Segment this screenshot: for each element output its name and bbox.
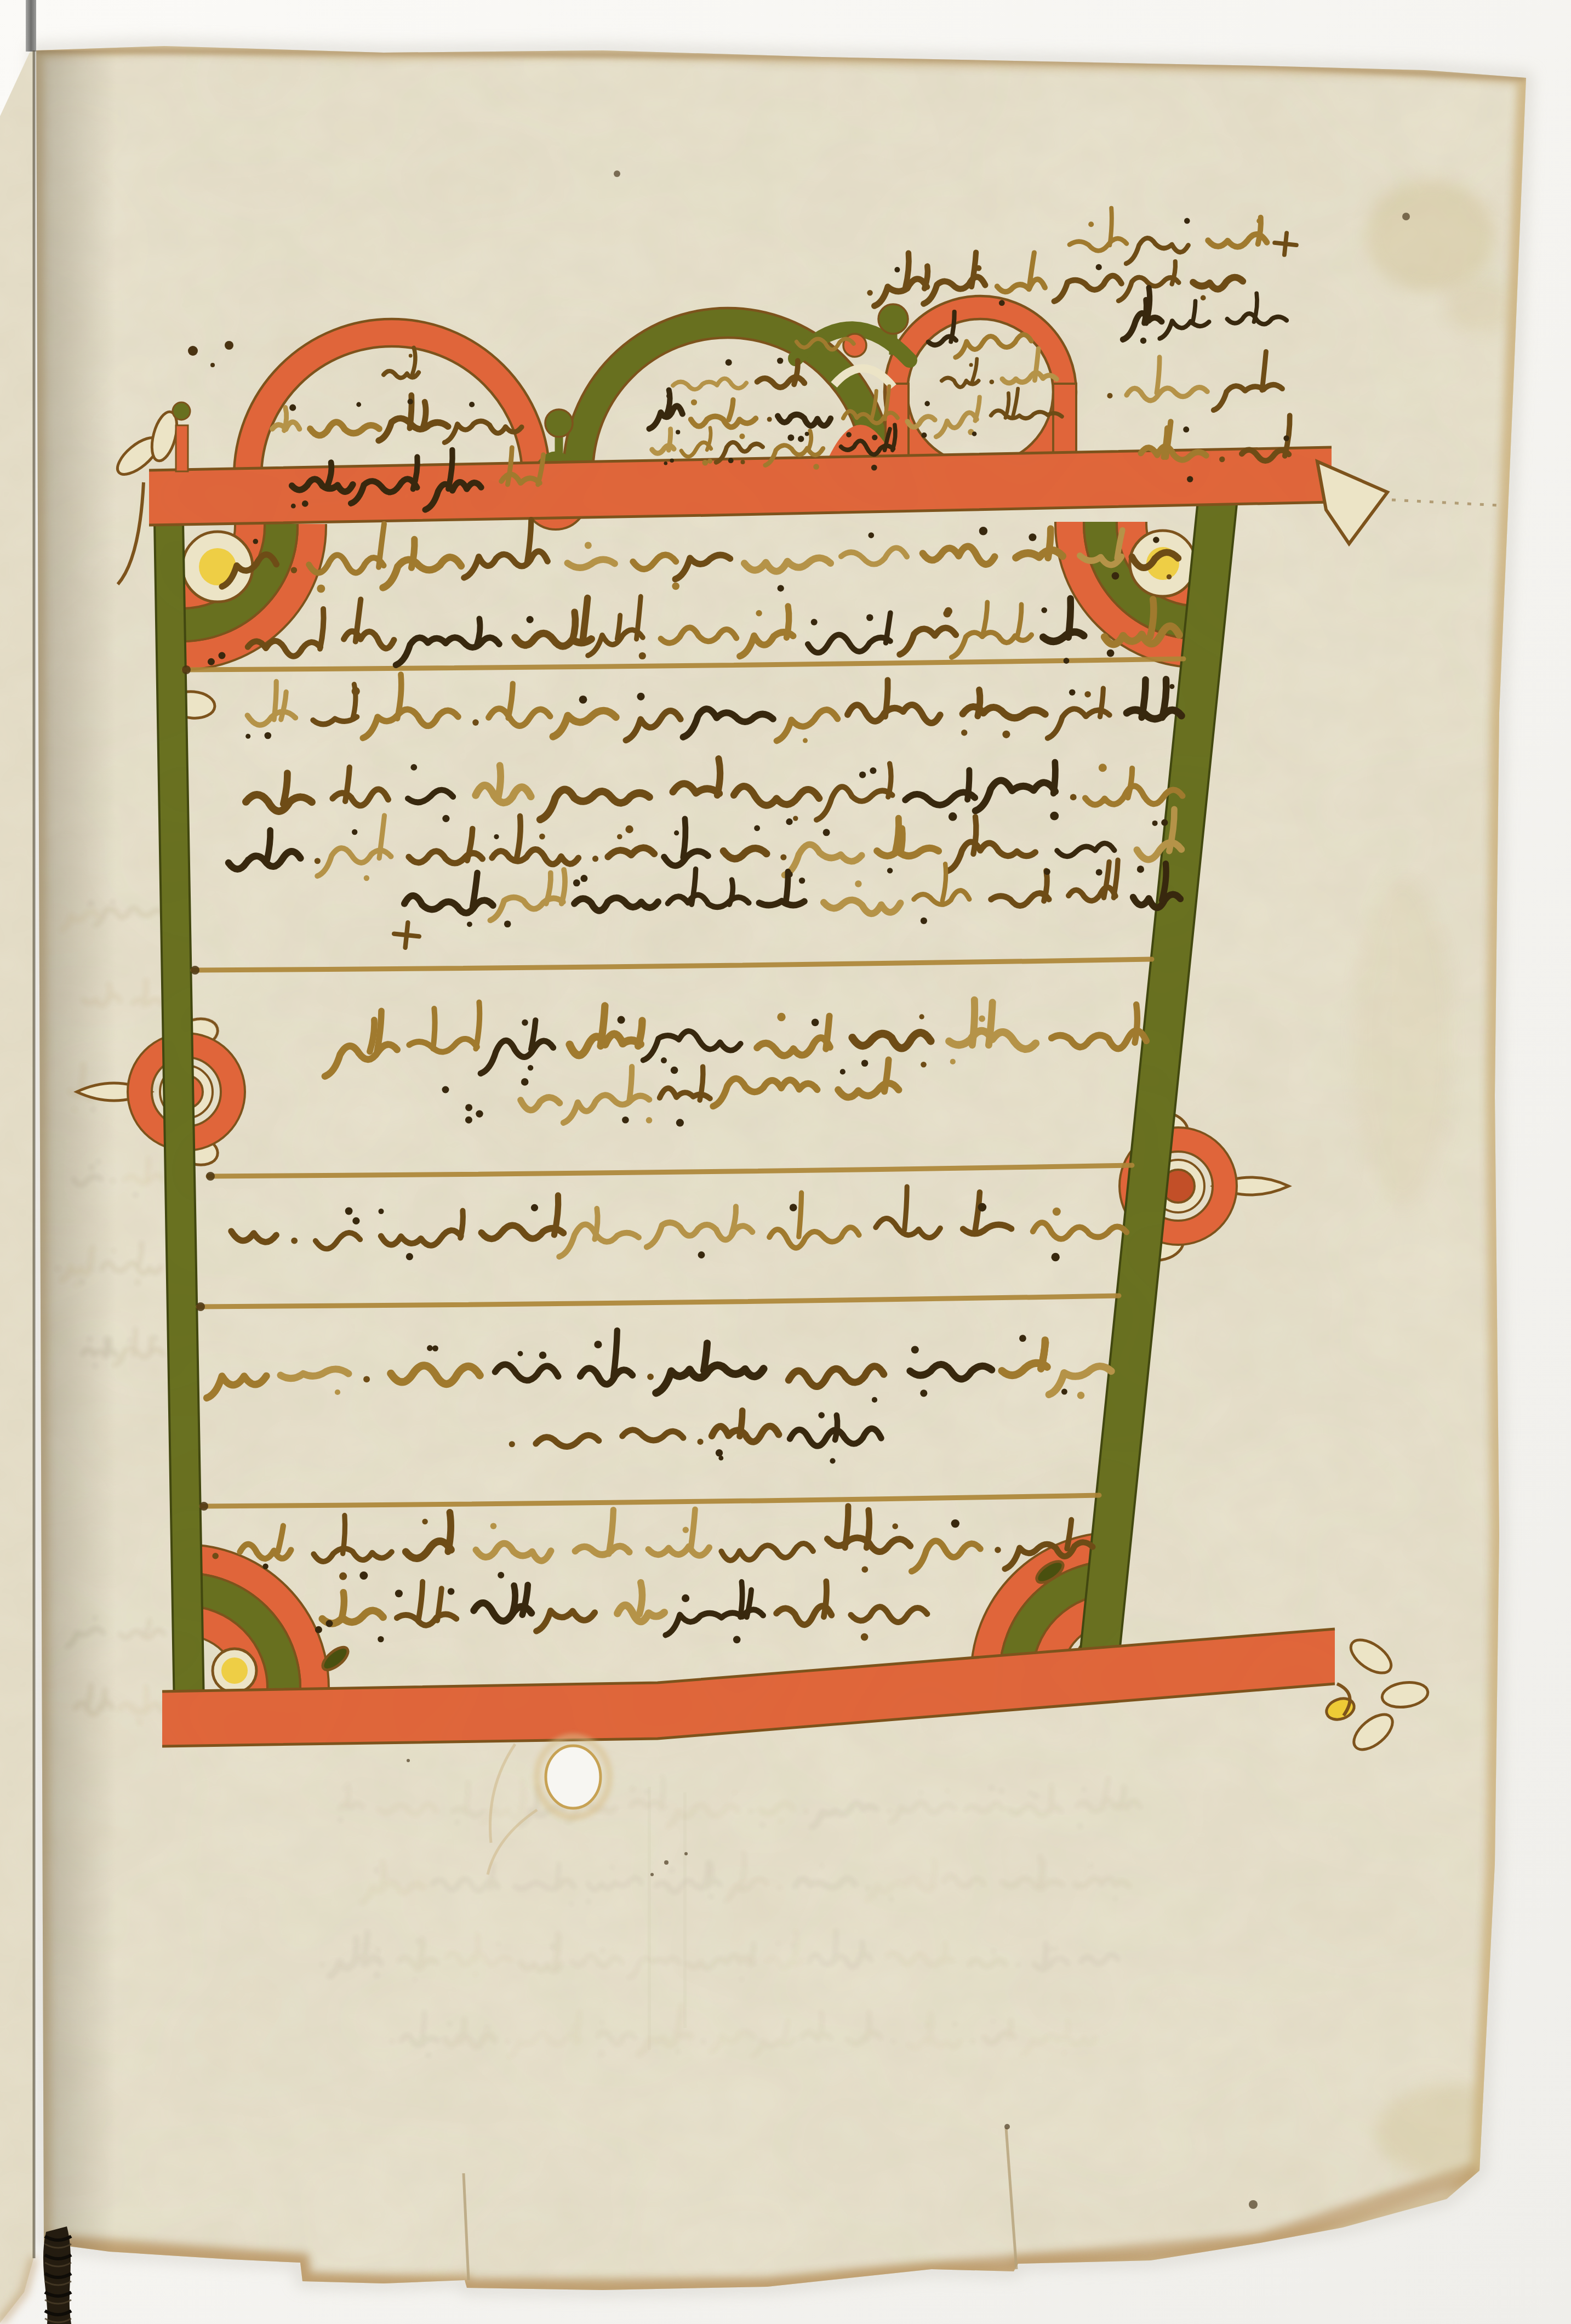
- diacritic-dot: [1061, 1389, 1067, 1395]
- diacritic-dot: [317, 584, 325, 593]
- diacritic-dot: [798, 436, 804, 442]
- diacritic-dot: [1053, 1207, 1061, 1216]
- diacritic-dot: [846, 432, 852, 437]
- word-divider-dot: [990, 379, 995, 384]
- diacritic-dot: [869, 532, 875, 538]
- diacritic-dot: [335, 1389, 340, 1395]
- ascender: [102, 1690, 105, 1710]
- diacritic-dot: [924, 401, 930, 407]
- ascender: [1150, 599, 1154, 636]
- diacritic-dot: [1096, 869, 1102, 876]
- diacritic-dot: [639, 652, 646, 659]
- diacritic-dot: [528, 1065, 533, 1070]
- diacritic-dot: [111, 900, 115, 904]
- diacritic-dot: [799, 878, 805, 884]
- diacritic-dot: [89, 1165, 94, 1170]
- diacritic-dot: [1096, 264, 1102, 270]
- diacritic-dot: [911, 1346, 919, 1354]
- diacritic-dot: [432, 1346, 438, 1352]
- diacritic-dot: [1050, 812, 1059, 821]
- diacritic-dot: [946, 1789, 949, 1792]
- diacritic-dot: [921, 1062, 927, 1068]
- diacritic-dot: [1084, 691, 1091, 698]
- speck: [664, 1860, 669, 1865]
- diacritic-dot: [777, 1013, 785, 1021]
- diacritic-dot: [133, 1193, 138, 1197]
- arch-leg: [1053, 384, 1076, 460]
- diacritic-dot: [128, 1338, 132, 1342]
- ascender: [343, 1516, 345, 1554]
- rule-start-dot: [182, 665, 191, 674]
- word-divider-dot: [390, 2039, 394, 2043]
- diacritic-dot: [926, 2023, 930, 2028]
- ascender: [888, 764, 891, 797]
- diacritic-dot: [359, 1571, 368, 1580]
- diacritic-dot: [894, 267, 900, 272]
- diacritic-dot: [448, 1588, 455, 1595]
- ascender: [799, 1193, 802, 1237]
- diacritic-dot: [1064, 658, 1070, 664]
- diacritic-dot: [979, 527, 987, 535]
- facing-folio-edge: [0, 50, 34, 2323]
- diacritic-dot: [618, 1016, 625, 1024]
- diacritic-dot: [413, 1978, 417, 1982]
- diacritic-dot: [976, 265, 982, 271]
- speck: [1249, 2200, 1258, 2209]
- diacritic-dot: [93, 1616, 96, 1620]
- diacritic-dot: [625, 825, 633, 833]
- word-divider-dot: [780, 854, 786, 860]
- diacritic-dot: [364, 875, 369, 881]
- diacritic-dot: [518, 1351, 523, 1357]
- ascender: [639, 1582, 642, 1614]
- diacritic-dot: [870, 767, 876, 774]
- ascender: [512, 1586, 515, 1615]
- diacritic-dot: [521, 1078, 529, 1086]
- ascender: [617, 616, 620, 640]
- diacritic-dot: [637, 693, 644, 700]
- ascender: [1054, 762, 1055, 794]
- margin-ink-dot: [188, 346, 198, 356]
- ascender: [283, 773, 287, 804]
- diacritic-dot: [374, 1972, 379, 1978]
- ascender: [629, 1067, 632, 1101]
- punctuation-dot: [219, 652, 226, 659]
- diacritic-dot: [1019, 1335, 1026, 1342]
- word-divider-dot: [291, 1238, 298, 1244]
- ascender: [884, 1060, 889, 1091]
- diacritic-dot: [79, 1279, 84, 1285]
- diacritic-dot: [951, 1519, 959, 1528]
- parchment-mottle: [36, 46, 1526, 2290]
- diacritic-dot: [352, 1217, 359, 1224]
- diacritic-dot: [725, 359, 732, 366]
- stain: [1447, 281, 1512, 333]
- ascender: [989, 1002, 992, 1045]
- diacritic-dot: [527, 616, 534, 623]
- diacritic-dot: [601, 2020, 604, 2024]
- diacritic-dot: [892, 1523, 898, 1529]
- diacritic-dot: [88, 901, 93, 906]
- punctuation-dot: [465, 1117, 472, 1124]
- ascender: [341, 1592, 344, 1619]
- diacritic-dot: [455, 1820, 459, 1825]
- word-divider-dot: [892, 2039, 896, 2043]
- punctuation-dot: [465, 1104, 472, 1111]
- manuscript-photo: [0, 0, 1571, 2324]
- diacritic-dot: [1161, 819, 1168, 826]
- diacritic-dot: [376, 1947, 380, 1952]
- hole: [546, 1746, 601, 1808]
- diacritic-dot: [786, 871, 793, 878]
- diacritic-dot: [872, 435, 877, 440]
- ascender: [354, 1938, 356, 1965]
- punctuation-dot: [326, 1620, 333, 1627]
- diacritic-dot: [887, 868, 893, 873]
- diacritic-dot: [1112, 572, 1119, 580]
- diacritic-dot: [855, 880, 861, 887]
- diacritic-dot: [342, 1786, 346, 1790]
- ascender: [460, 1211, 463, 1238]
- binding-clamp: [26, 0, 36, 52]
- ascender: [968, 770, 969, 800]
- ascender: [1009, 2020, 1011, 2038]
- word-divider-dot: [995, 1547, 1001, 1553]
- diacritic-dot: [820, 1864, 824, 1868]
- diacritic-dot: [989, 1785, 995, 1791]
- diacritic-dot: [1002, 731, 1010, 738]
- ascender: [1041, 1862, 1043, 1886]
- diacritic-dot: [943, 610, 951, 617]
- diacritic-dot: [1137, 865, 1144, 873]
- word-divider-dot: [970, 2039, 975, 2043]
- ascender: [1162, 679, 1166, 717]
- binding-cord: [43, 2226, 71, 2324]
- ascender: [895, 818, 899, 853]
- diacritic-dot: [1183, 426, 1189, 432]
- diacritic-dot: [702, 460, 708, 466]
- ascender: [1110, 208, 1112, 246]
- diacritic-dot: [812, 1019, 819, 1027]
- diacritic-dot: [777, 357, 783, 363]
- ascender: [972, 1000, 974, 1045]
- diacritic-dot: [378, 1636, 384, 1642]
- diacritic-dot: [674, 830, 679, 835]
- diacritic-dot: [416, 1939, 421, 1944]
- word-divider-dot: [647, 1374, 654, 1380]
- diacritic-dot: [422, 1519, 427, 1524]
- diacritic-dot: [253, 539, 259, 544]
- diacritic-dot: [539, 1352, 547, 1359]
- diacritic-dot: [718, 1456, 723, 1461]
- diacritic-dot: [1082, 1787, 1086, 1792]
- diacritic-dot: [586, 1899, 591, 1904]
- ascender: [973, 817, 976, 854]
- diacritic-dot: [920, 1389, 927, 1397]
- diacritic-dot: [1044, 868, 1050, 875]
- diacritic-dot: [866, 614, 873, 621]
- ascender: [638, 1021, 642, 1046]
- word-divider-dot: [56, 1266, 60, 1271]
- diacritic-dot: [338, 1817, 343, 1822]
- ascender: [717, 759, 720, 795]
- diacritic-dot: [921, 918, 927, 924]
- rule-start-dot: [206, 1172, 215, 1181]
- ascender: [1041, 1340, 1046, 1369]
- ascender: [924, 266, 928, 289]
- ascender: [521, 1780, 523, 1812]
- word-divider-dot: [749, 1809, 753, 1813]
- diacritic-dot: [778, 585, 784, 591]
- gutter-shadow: [34, 50, 116, 2259]
- diacritic-dot: [1283, 435, 1289, 441]
- speck: [407, 1759, 410, 1762]
- margin-ink-dot: [225, 341, 233, 350]
- ascender: [477, 619, 480, 646]
- diacritic-dot: [442, 815, 449, 822]
- word-divider-dot: [472, 719, 479, 726]
- diacritic-dot: [921, 432, 927, 438]
- diacritic-dot: [137, 1719, 142, 1725]
- diacritic-dot: [153, 1335, 157, 1340]
- word-divider-dot: [804, 1809, 808, 1813]
- diacritic-dot: [265, 732, 272, 739]
- diacritic-dot: [522, 1019, 528, 1026]
- diacritic-dot: [1054, 1947, 1058, 1951]
- word-divider-dot: [866, 1886, 870, 1890]
- diacritic-dot: [473, 1973, 477, 1976]
- facing-folio-texture: [0, 50, 34, 2323]
- word-divider-dot: [887, 1809, 892, 1813]
- diacritic-dot: [672, 583, 679, 590]
- ascender: [412, 539, 414, 568]
- diacritic-dot: [289, 405, 296, 411]
- diacritic-dot: [889, 1897, 893, 1901]
- word-divider-dot: [505, 2039, 510, 2043]
- diacritic-dot: [1029, 1791, 1033, 1795]
- ascender: [1044, 871, 1047, 901]
- diacritic-dot: [569, 1902, 573, 1906]
- punctuation-dot: [442, 1086, 449, 1093]
- diacritic-dot: [756, 610, 762, 616]
- diacritic-dot: [871, 465, 877, 471]
- diacritic-dot: [426, 2053, 431, 2058]
- diacritic-dot: [716, 1449, 723, 1456]
- diacritic-dot: [1169, 684, 1174, 689]
- diacritic-dot: [498, 1572, 504, 1579]
- word-divider-dot: [1219, 457, 1225, 462]
- diacritic-dot: [669, 1867, 675, 1873]
- diacritic-dot: [1069, 689, 1076, 696]
- diacritic-dot: [691, 399, 697, 405]
- diacritic-dot: [666, 394, 671, 398]
- diacritic-dot: [490, 1523, 497, 1529]
- ascender: [498, 766, 501, 799]
- diacritic-dot: [1077, 1392, 1085, 1399]
- diacritic-dot: [919, 1790, 923, 1794]
- diacritic-dot: [953, 2022, 957, 2026]
- ascender: [423, 402, 426, 428]
- orange-stem: [176, 425, 188, 471]
- ascender: [1135, 1005, 1137, 1043]
- diacritic-dot: [830, 1458, 835, 1463]
- word-divider-dot: [291, 567, 298, 573]
- ascender: [1048, 529, 1051, 558]
- ascender: [1050, 1785, 1052, 1813]
- ascender: [274, 681, 276, 719]
- ascender: [381, 1861, 384, 1889]
- photograph-backdrop: [0, 0, 1571, 2324]
- ascender: [824, 1581, 826, 1617]
- diacritic-dot: [972, 431, 977, 436]
- diacritic-dot: [709, 1894, 714, 1899]
- diacritic-dot: [823, 829, 830, 836]
- diacritic-dot: [683, 1527, 689, 1533]
- diacritic-dot: [1099, 764, 1107, 772]
- diacritic-dot: [1184, 218, 1190, 224]
- ascender: [1069, 599, 1071, 637]
- diacritic-dot: [733, 1790, 736, 1794]
- rule-start-dot: [199, 1502, 208, 1511]
- diacritic-dot: [585, 542, 592, 549]
- ascender: [595, 1209, 597, 1239]
- diacritic-dot: [682, 1594, 689, 1602]
- stain: [1366, 180, 1495, 292]
- ascender: [614, 1330, 618, 1377]
- diacritic-dot: [572, 2025, 576, 2029]
- ascender: [885, 680, 888, 717]
- diacritic-dot: [707, 459, 712, 464]
- diacritic-dot: [291, 504, 296, 509]
- ascender: [433, 1009, 435, 1049]
- diacritic-dot: [617, 834, 622, 840]
- diacritic-dot: [803, 738, 808, 743]
- finial-ball: [545, 409, 573, 437]
- ascender: [267, 830, 270, 860]
- diacritic-dot: [531, 1204, 538, 1211]
- word-divider-dot: [212, 1553, 219, 1559]
- diacritic-dot: [1049, 1947, 1053, 1951]
- diacritic-dot: [805, 432, 809, 436]
- diacritic-dot: [671, 1067, 678, 1074]
- ascender: [835, 1415, 837, 1440]
- diacritic-dot: [1033, 1793, 1039, 1799]
- diacritic-dot: [352, 687, 360, 696]
- diacritic-dot: [1187, 476, 1193, 482]
- diacritic-dot: [1201, 295, 1206, 301]
- speck: [1402, 213, 1410, 220]
- diacritic-dot: [676, 2049, 680, 2054]
- diacritic-dot: [599, 2050, 605, 2057]
- diacritic-dot: [786, 818, 792, 825]
- word-divider-dot: [1107, 393, 1112, 398]
- speck: [1004, 2124, 1010, 2129]
- diacritic-dot: [302, 500, 309, 507]
- diacritic-dot: [840, 1069, 846, 1074]
- finial-ball: [878, 304, 908, 334]
- diacritic-dot: [467, 921, 472, 927]
- diacritic-dot: [979, 1016, 985, 1022]
- diacritic-dot: [698, 1251, 705, 1258]
- diacritic-dot: [999, 300, 1005, 306]
- speck: [614, 170, 620, 177]
- word-divider-dot: [701, 2039, 706, 2043]
- diacritic-dot: [961, 730, 967, 736]
- diacritic-dot: [1077, 1823, 1083, 1829]
- diacritic-dot: [949, 812, 957, 821]
- ascender: [866, 1510, 869, 1547]
- corner-disc-yellow: [221, 1657, 248, 1684]
- diacritic-dot: [741, 460, 745, 464]
- stain: [1353, 877, 1452, 1206]
- margin-ink-dot: [210, 363, 215, 367]
- diacritic-dot: [818, 1412, 825, 1419]
- diacritic-dot: [352, 829, 357, 835]
- diacritic-dot: [676, 1119, 684, 1126]
- diacritic-dot: [73, 1108, 77, 1112]
- diacritic-dot: [740, 1978, 744, 1981]
- diacritic-dot: [728, 458, 734, 463]
- diacritic-dot: [872, 1397, 877, 1403]
- diacritic-dot: [409, 354, 413, 358]
- ascender: [944, 1943, 946, 1962]
- ascender: [978, 690, 980, 716]
- ascender: [573, 612, 575, 641]
- diacritic-dot: [630, 1786, 635, 1792]
- diacritic-dot: [1153, 537, 1159, 543]
- diacritic-dot: [676, 430, 680, 434]
- word-divider-dot: [509, 1441, 515, 1447]
- diacritic-dot: [861, 1566, 868, 1573]
- diacritic-dot: [664, 462, 668, 465]
- diacritic-dot: [469, 402, 475, 407]
- diacritic-dot: [448, 2022, 452, 2026]
- punctuation-dot: [208, 658, 215, 665]
- ascender: [786, 606, 789, 637]
- ascender: [134, 1329, 136, 1355]
- ascender: [601, 1006, 605, 1046]
- diacritic-dot: [1107, 650, 1115, 657]
- word-divider-dot: [111, 1178, 116, 1183]
- ascender: [845, 1506, 848, 1548]
- diacritic-dot: [580, 875, 587, 882]
- ascender: [1142, 680, 1146, 717]
- word-divider-dot: [777, 1886, 781, 1890]
- diacritic-dot: [1062, 2051, 1066, 2055]
- diacritic-dot: [600, 1948, 605, 1953]
- diacritic-dot: [550, 1944, 556, 1950]
- ascender: [826, 1016, 829, 1049]
- rule-start-dot: [191, 966, 199, 975]
- punctuation-dot: [476, 1110, 483, 1118]
- diacritic-dot: [861, 1060, 869, 1067]
- diacritic-dot: [1256, 218, 1262, 224]
- ascender: [704, 1343, 707, 1370]
- diacritic-dot: [379, 1209, 384, 1214]
- diacritic-dot: [262, 1564, 268, 1569]
- diacritic-dot: [859, 771, 866, 778]
- diacritic-dot: [74, 1283, 78, 1286]
- word-divider-dot: [697, 1439, 703, 1445]
- diacritic-dot: [485, 2025, 489, 2030]
- diacritic-dot: [1113, 1896, 1117, 1900]
- diacritic-dot: [969, 363, 973, 367]
- diacritic-dot: [610, 1865, 614, 1869]
- diacritic-dot: [494, 834, 499, 839]
- ascender: [683, 819, 685, 858]
- diacritic-dot: [245, 734, 250, 739]
- diacritic-dot: [1152, 821, 1158, 826]
